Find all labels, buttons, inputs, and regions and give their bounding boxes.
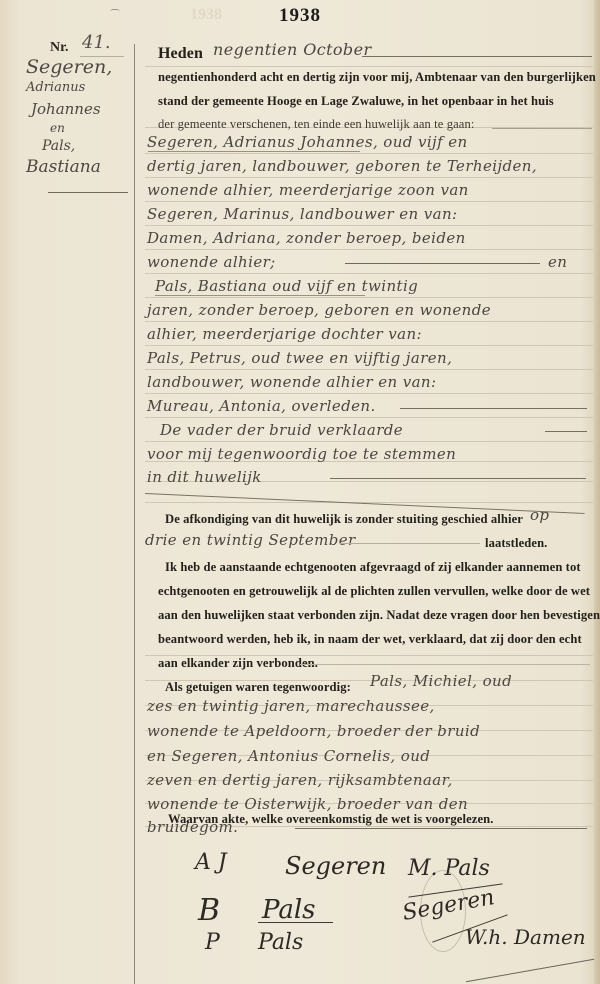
fill-rule (492, 128, 592, 129)
ruled-line (145, 417, 593, 418)
margin-name-line: Adrianus (26, 78, 136, 98)
signature-bride-surname: Pals (262, 895, 316, 925)
vows-line: aan den huwelijken staat verbonden zijn.… (158, 608, 600, 623)
hand-line: Pals, Bastiana oud vijf en twintig (155, 277, 418, 295)
vows-line: aan elkander zijn verbonden. (158, 656, 318, 671)
ruled-line (145, 297, 593, 298)
witness-hand-line: zeven en dertig jaren, rijksambtenaar, (147, 771, 453, 789)
signature-father-surname: Pals (258, 930, 303, 955)
fill-rule (300, 664, 590, 665)
ruled-line (145, 441, 593, 442)
hand-line: Damen, Adriana, zonder beroep, beiden (147, 229, 466, 247)
registrar-signature-underline (466, 959, 594, 983)
record-year: 1938 (0, 5, 600, 27)
margin-name-line: Bastiana (26, 156, 136, 178)
groom-name-underline (148, 151, 360, 152)
ruled-line (145, 225, 593, 226)
ruled-line (145, 273, 593, 274)
margin-name-line: Segeren, (26, 56, 136, 78)
ruled-line (145, 393, 593, 394)
intro-line: der gemeente verschenen, ten einde een h… (158, 117, 475, 132)
fill-rule (362, 56, 592, 57)
ruled-line (145, 153, 593, 154)
bride-name-underline (155, 295, 365, 296)
signature-father-initial: P (205, 930, 220, 955)
intro-line: stand der gemeente Hooge en Lage Zwaluwe… (158, 94, 554, 109)
vows-line: echtgenooten en getrouwelijk al de plich… (158, 584, 590, 599)
signature-bride-initial: B (198, 893, 220, 928)
hand-line: De vader der bruid verklaarde (160, 421, 403, 439)
signature-groom-initials: A J (195, 850, 227, 875)
margin-divider (134, 44, 135, 984)
ruled-line (145, 345, 593, 346)
witness-hand-line: wonende te Oisterwijk, broeder van den (147, 795, 468, 813)
vows-line: Ik heb de aanstaande echtgenooten afgevr… (165, 560, 581, 575)
fill-rule (295, 828, 587, 829)
cancel-diagonal-line (145, 493, 585, 514)
fill-rule (345, 263, 540, 264)
witness-hand-line: zes en twintig jaren, marechaussee, (147, 697, 435, 715)
hand-line: landbouwer, wonende alhier en van: (147, 373, 436, 391)
margin-names: Segeren, Adrianus Johannes en Pals, Bast… (26, 56, 136, 178)
hand-line: wonende alhier, meerderjarige zoon van (147, 181, 469, 199)
witness-hand-first: Pals, Michiel, oud (370, 672, 512, 690)
intro-line: negentienhonderd acht en dertig zijn voo… (158, 70, 596, 85)
fill-rule (400, 408, 587, 409)
hand-line: jaren, zonder beroep, geboren en wonende (147, 301, 491, 319)
hand-line: alhier, meerderjarige dochter van: (147, 325, 422, 343)
hand-line: Mureau, Antonia, overleden. (147, 397, 376, 415)
ruled-line (145, 321, 593, 322)
margin-name-line: Pals, (26, 136, 136, 156)
ruled-line (145, 201, 593, 202)
signature-witness-1: M. Pals (408, 856, 490, 881)
closing-text: Waarvan akte, welke overeenkomstig de we… (168, 812, 494, 827)
fill-rule (545, 431, 587, 432)
fill-rule (340, 543, 480, 544)
record-number-value: 41. (82, 32, 111, 53)
bride-signature-underline (258, 922, 333, 923)
afkondiging-date-hand: drie en twintig September (145, 531, 356, 549)
signature-registrar: W.h. Damen (465, 925, 586, 949)
hand-line: voor mij tegenwoordig toe te stemmen (147, 445, 456, 463)
vows-line: beantwoord werden, heb ik, in naam der w… (158, 632, 582, 647)
afkondiging-hand-start: op (530, 506, 549, 524)
hand-line: dertig jaren, landbouwer, geboren te Ter… (147, 157, 537, 175)
margin-name-line: en (26, 120, 136, 136)
heden-text: Heden (158, 45, 203, 62)
hand-line: in dit huwelijk (147, 468, 262, 486)
laatstleden-text: laatstleden. (485, 536, 547, 551)
ruled-line (145, 249, 593, 250)
witnesses-label: Als getuigen waren tegenwoordig: (165, 680, 351, 695)
margin-name-line: Johannes (26, 98, 136, 120)
signature-groom-surname: Segeren (285, 852, 386, 880)
fill-rule (330, 478, 586, 479)
heden-label: Heden (158, 45, 203, 63)
document-page: ⌒ 1938 1938 Nr. 41. Segeren, Adrianus Jo… (0, 0, 600, 984)
hand-line: Pals, Petrus, oud twee en vijftig jaren, (147, 349, 452, 367)
ruled-line (145, 66, 593, 67)
marriage-date-hand: negentien October (213, 40, 372, 59)
hand-line: wonende alhier; (147, 253, 276, 271)
record-number-label: Nr. (50, 40, 69, 56)
en-connector: en (548, 253, 567, 271)
ruled-line (145, 369, 593, 370)
witness-hand-line: wonende te Apeldoorn, broeder der bruid (147, 722, 480, 740)
hand-line: Segeren, Adrianus Johannes, oud vijf en (147, 133, 468, 151)
hand-line: Segeren, Marinus, landbouwer en van: (147, 205, 458, 223)
page-edge (594, 0, 600, 984)
ruled-line (145, 177, 593, 178)
afkondiging-text: De afkondiging van dit huwelijk is zonde… (165, 512, 523, 527)
witness-hand-line: en Segeren, Antonius Cornelis, oud (147, 747, 430, 765)
margin-end-rule (48, 192, 128, 193)
